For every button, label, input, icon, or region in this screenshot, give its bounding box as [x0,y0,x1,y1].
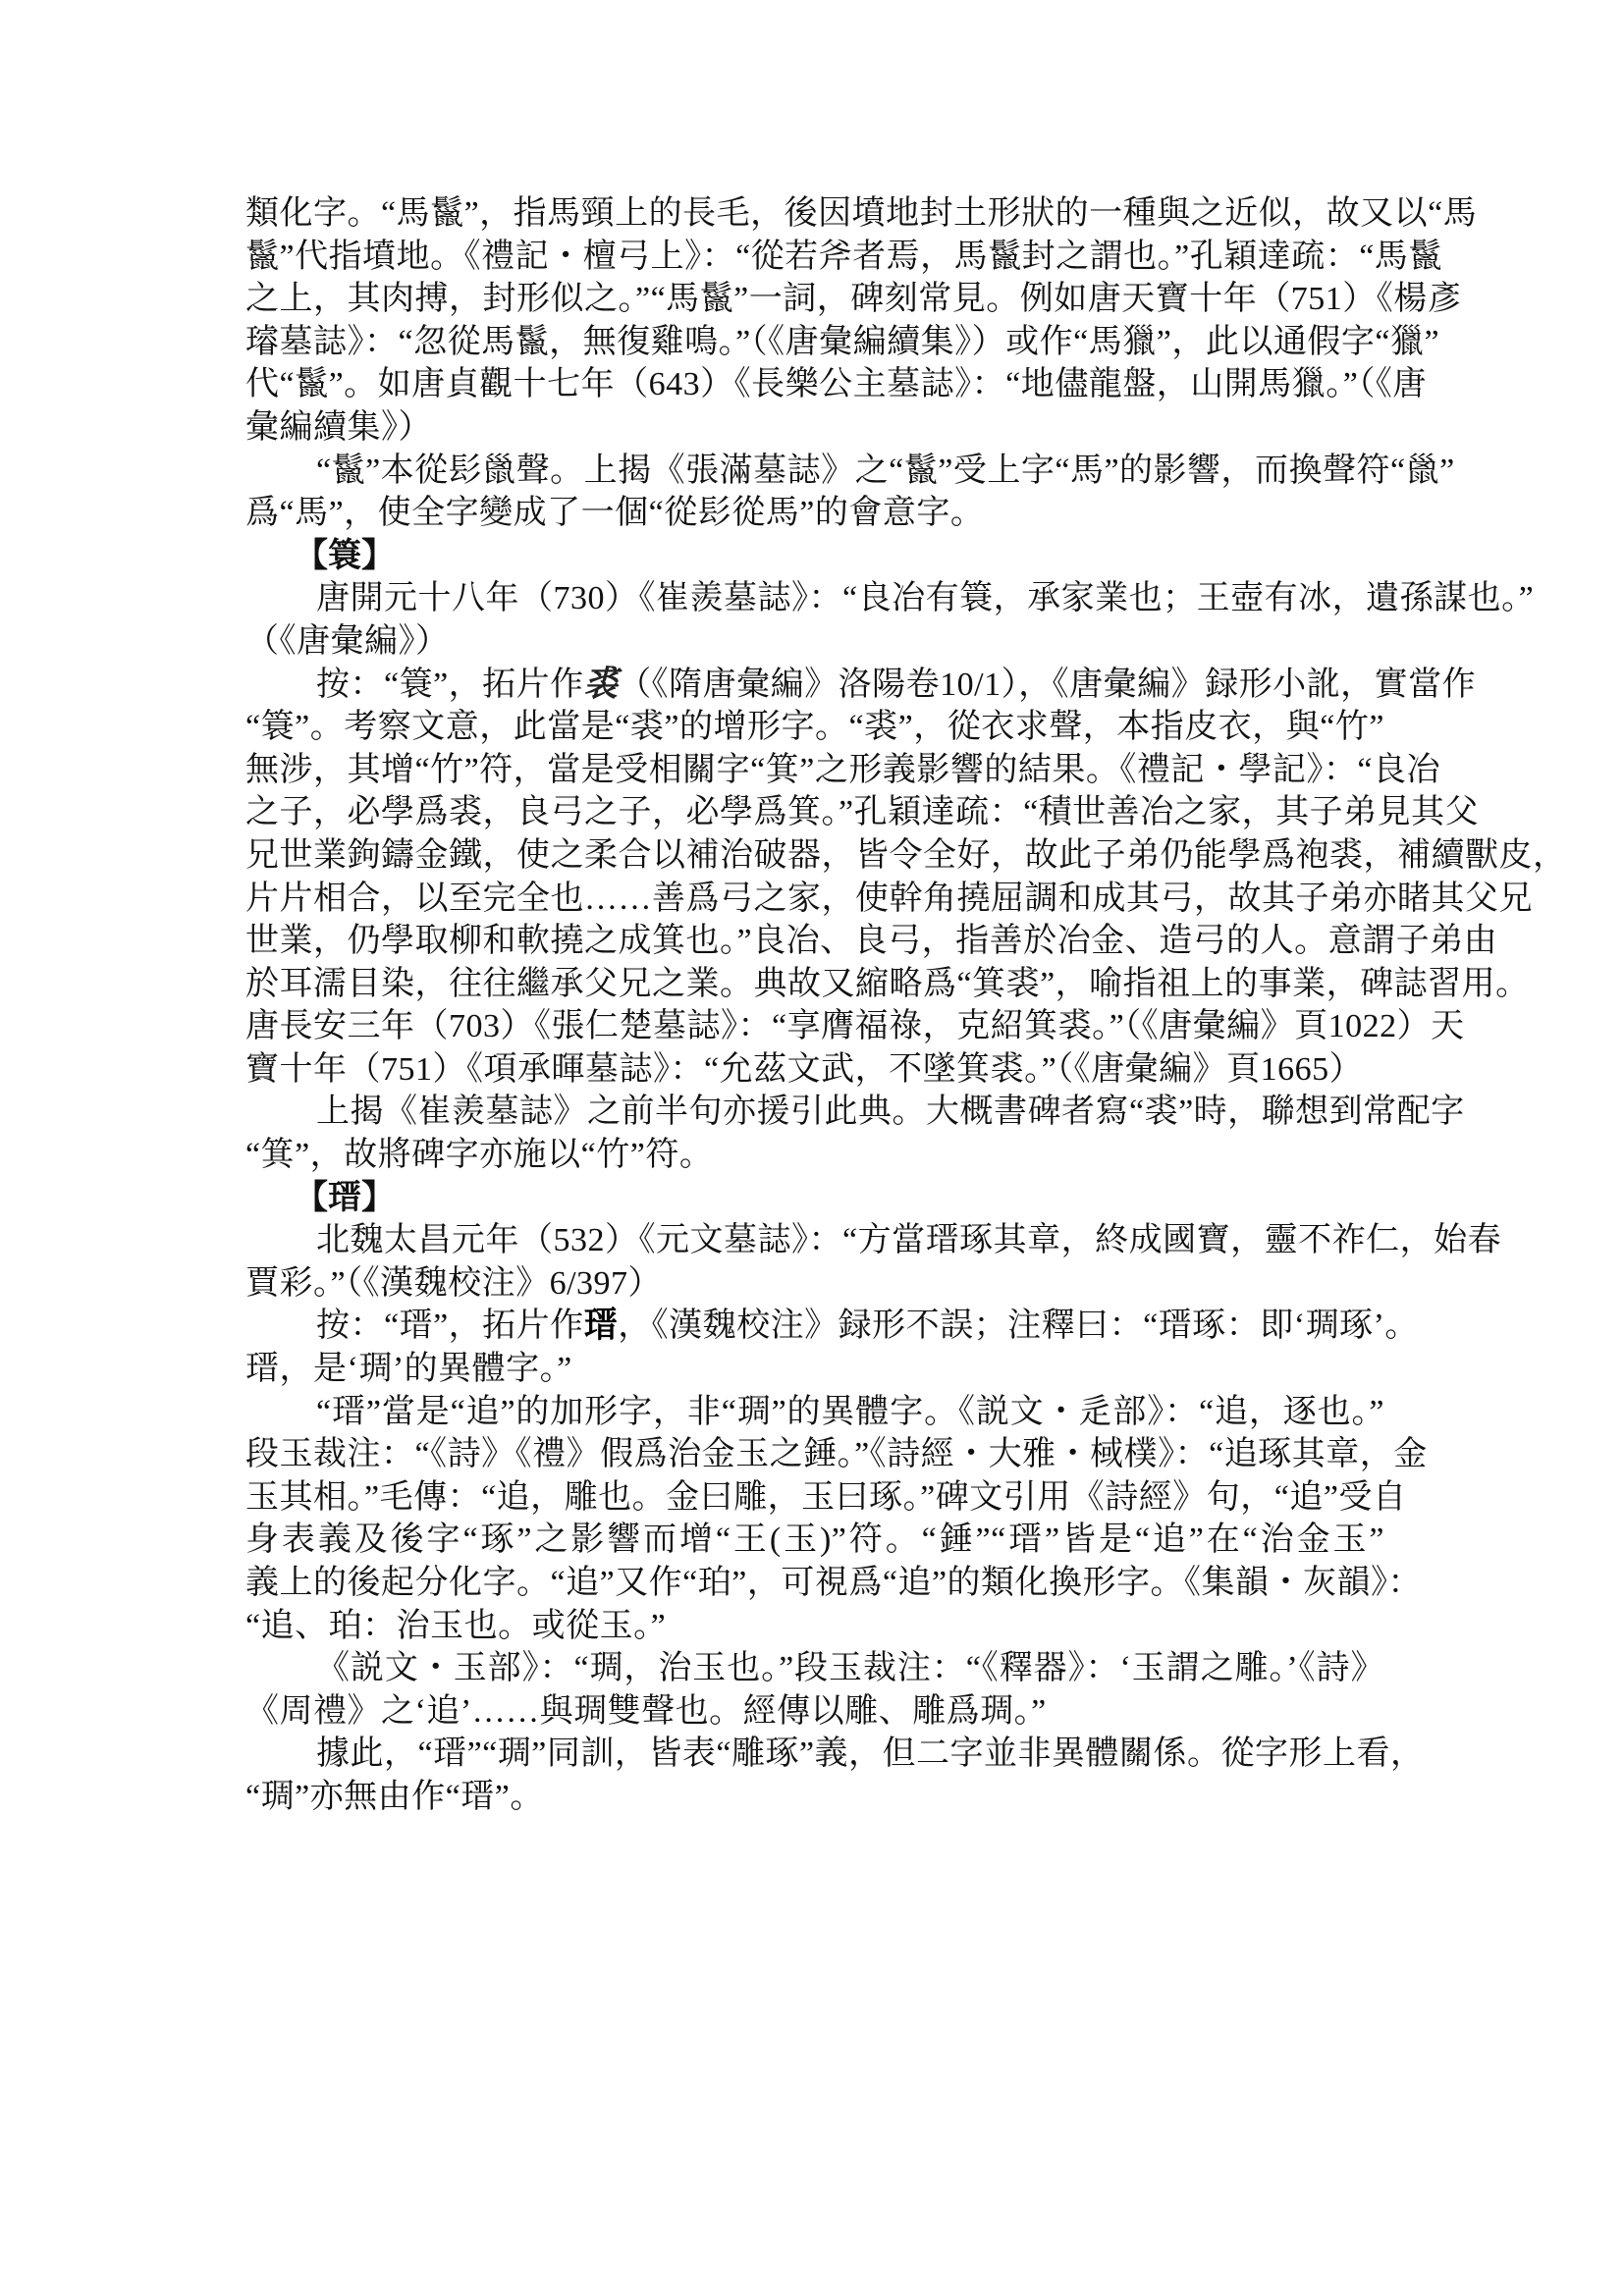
paragraph-qiu-analysis: 按：“簑”，拓片作裘（《隋唐彙編》洛陽卷10/1），《唐彙編》録形小訛，實當作 … [245,664,1384,1092]
text-line: “追、珀：治玉也。或從玉。” [245,1605,1384,1648]
text-segment: ，《漢魏校注》録形不誤；注釋曰：“瑨琢：即‘琱琢’。 [618,1308,1419,1344]
paragraph-cui-xian-citation: 唐開元十八年（730）《崔羨墓誌》：“良冶有簑，承家業也；王壺有冰，遺孫謀也。”… [245,577,1384,663]
paragraph-yuan-wen-citation: 北魏太昌元年（532）《元文墓誌》：“方當瑨琢其章，終成國寶，靈不祚仁，始春 賈… [245,1219,1384,1305]
text-line: 北魏太昌元年（532）《元文墓誌》：“方當瑨琢其章，終成國寶，靈不祚仁，始春 [245,1219,1384,1262]
text-line: 世業，仍學取柳和軟撓之成箕也。”良冶、良弓，指善於冶金、造弓的人。意謂子弟由 [245,920,1384,963]
text-line: 無涉，其增“竹”符，當是受相關字“箕”之形義影響的結果。《禮記・學記》：“良冶 [245,749,1384,792]
text-line: 之子，必學爲裘，良弓之子，必學爲箕。”孔穎達疏：“積世善冶之家，其子弟見其父 [245,791,1384,834]
text-line: 於耳濡目染，往往繼承父兄之業。典故又縮略爲“箕裘”，喻指祖上的事業，碑誌習用。 [245,963,1384,1006]
text-line: 《周禮》之‘追’……與琱雙聲也。經傳以雕、雕爲琱。” [245,1690,1384,1734]
text-segment: （《隋唐彙編》洛陽卷10/1），《唐彙編》録形小訛，實當作 [618,667,1476,703]
text-line: （《唐彙編》） [245,620,1384,664]
paragraph-zhui-conclusion: 據此，“瑨”“琱”同訓，皆表“雕琢”義，但二字並非異體關係。從字形上看， “琱”… [245,1733,1384,1818]
paragraph-zhui-note: 按：“瑨”，拓片作瑨，《漢魏校注》録形不誤；注釋曰：“瑨琢：即‘琱琢’。 瑨，是… [245,1305,1384,1390]
paragraph-ma-lie: 類化字。“馬鬣”，指馬頸上的長毛，後因墳地封土形狀的一種與之近似，故又以“馬 鬣… [245,192,1384,450]
text-line: 片片相合，以至完全也……善爲弓之家，使幹角撓屈調和成其弓，故其子弟亦睹其父兄 [245,878,1384,921]
text-line: 爲“馬”，使全字變成了一個“從髟從馬”的會意字。 [245,492,1384,535]
text-line: 上揭《崔羨墓誌》之前半句亦援引此典。大概書碑者寫“裘”時，聯想到常配字 [245,1091,1384,1134]
text-line: 彙編續集》） [245,406,1384,450]
text-line: 兄世業鉤鑄金鐵，使之柔合以補治破器，皆令全好，故此子弟仍能學爲袍裘，補續獸皮， [245,834,1384,878]
text-line: 義上的後起分化字。“追”又作“珀”，可視爲“追”的類化換形字。《集韻・灰韻》： [245,1562,1384,1605]
text-line: “箕”，故將碑字亦施以“竹”符。 [245,1134,1384,1177]
document-page: 類化字。“馬鬣”，指馬頸上的長毛，後因墳地封土形狀的一種與之近似，故又以“馬 鬣… [245,192,1384,1819]
text-line: 鬣”代指墳地。《禮記・檀弓上》：“從若斧者焉，馬鬣封之謂也。”孔穎達疏：“馬鬣 [245,236,1384,279]
text-line: “瑨”當是“追”的加形字，非“琱”的異體字。《説文・辵部》：“追，逐也。” [245,1391,1384,1434]
text-line: 璿墓誌》：“忽從馬鬣，無復雞鳴。”（《唐彙編續集》）或作“馬獵”，此以通假字“獵… [245,321,1384,364]
rubbing-glyph-image: 裘 [584,662,619,707]
paragraph-shuowen-yu: 《説文・玉部》：“琱，治玉也。”段玉裁注：“《釋器》：‘玉謂之雕。’《詩》 《周… [245,1647,1384,1733]
text-line: 《説文・玉部》：“琱，治玉也。”段玉裁注：“《釋器》：‘玉謂之雕。’《詩》 [245,1647,1384,1690]
text-line: 唐開元十八年（730）《崔羨墓誌》：“良冶有簑，承家業也；王壺有冰，遺孫謀也。” [245,577,1384,620]
text-line: 按：“瑨”，拓片作瑨，《漢魏校注》録形不誤；注釋曰：“瑨琢：即‘琱琢’。 [245,1305,1384,1348]
text-line: 之上，其肉搏，封形似之。”“馬鬣”一詞，碑刻常見。例如唐天寶十年（751）《楊彥 [245,278,1384,321]
text-segment: 按：“簑”，拓片作 [316,667,584,703]
paragraph-zhui-analysis: “瑨”當是“追”的加形字，非“琱”的異體字。《説文・辵部》：“追，逐也。” 段玉… [245,1391,1384,1648]
entry-heading: 【瑨】 [245,1177,1384,1220]
text-line: 據此，“瑨”“琱”同訓，皆表“雕琢”義，但二字並非異體關係。從字形上看， [245,1733,1384,1776]
rubbing-glyph-image: 瑨 [584,1304,619,1349]
text-line: 賈彩。”（《漢魏校注》6/397） [245,1262,1384,1306]
text-line: 唐長安三年（703）《張仁楚墓誌》：“享膺福祿，克紹箕裘。”（《唐彙編》頁102… [245,1005,1384,1048]
text-line: 類化字。“馬鬣”，指馬頸上的長毛，後因墳地封土形狀的一種與之近似，故又以“馬 [245,192,1384,236]
text-segment: 按：“瑨”，拓片作 [316,1308,584,1344]
text-line: 按：“簑”，拓片作裘（《隋唐彙編》洛陽卷10/1），《唐彙編》録形小訛，實當作 [245,664,1384,707]
text-line: “琱”亦無由作“瑨”。 [245,1776,1384,1819]
entry-heading: 【簑】 [245,535,1384,578]
text-line: 代“鬣”。如唐貞觀十七年（643）《長樂公主墓誌》：“地儘龍盤，山開馬獵。”（《… [245,363,1384,406]
text-line: “鬣”本從髟巤聲。上揭《張滿墓誌》之“鬣”受上字“馬”的影響，而換聲符“巤” [245,450,1384,493]
text-line: 玉其相。”毛傳：“追，雕也。金曰雕，玉曰琢。”碑文引用《詩經》句，“追”受自 [245,1476,1384,1520]
text-line: 身表義及後字“琢”之影響而增“王(玉)”符。“錘”“瑨”皆是“追”在“治金玉” [245,1519,1384,1562]
paragraph-lie-analysis: “鬣”本從髟巤聲。上揭《張滿墓誌》之“鬣”受上字“馬”的影響，而換聲符“巤” 爲… [245,450,1384,535]
text-line: 寶十年（751）《項承暉墓誌》：“允茲文武，不墜箕裘。”（《唐彙編》頁1665） [245,1048,1384,1092]
text-line: 段玉裁注：“《詩》《禮》假爲治金玉之錘。”《詩經・大雅・棫樸》：“追琢其章，金 [245,1433,1384,1476]
text-line: “簑”。考察文意，此當是“裘”的增形字。“裘”，從衣求聲，本指皮衣，與“竹” [245,706,1384,749]
paragraph-qiu-conclusion: 上揭《崔羨墓誌》之前半句亦援引此典。大概書碑者寫“裘”時，聯想到常配字 “箕”，… [245,1091,1384,1176]
text-line: 瑨，是‘琱’的異體字。” [245,1348,1384,1391]
